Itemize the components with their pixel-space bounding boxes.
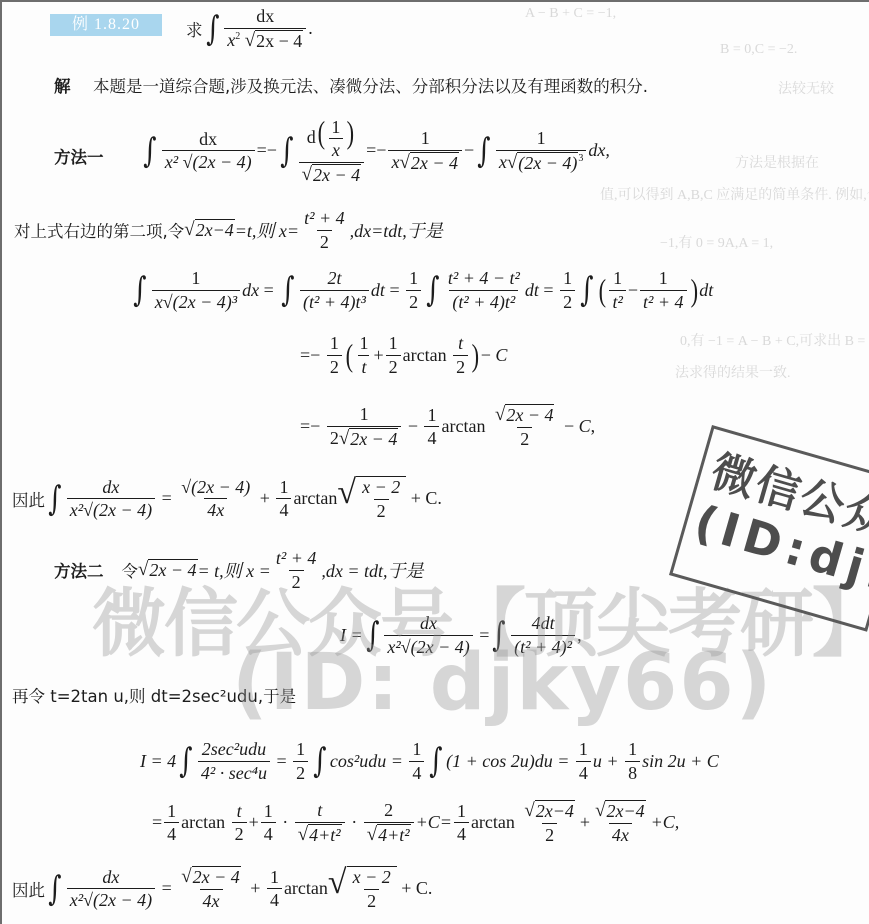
term: cos²udu = — [330, 751, 403, 772]
var-x: x — [499, 152, 507, 172]
solution-label: 解 — [54, 77, 71, 96]
text: 令 — [122, 558, 139, 582]
fraction: 1t² + 4 — [640, 268, 687, 312]
denominator: 2 — [289, 570, 304, 593]
integral-sign-icon: ∫ — [48, 872, 61, 906]
method2-result: 因此 ∫ dxx²√(2x − 4) = √2x − 44x + 14 arct… — [12, 866, 432, 911]
result-prefix: 因此 — [12, 877, 45, 901]
text: =t,则 x= — [235, 217, 299, 243]
numerator: t² + 4 − t² — [445, 268, 523, 290]
method1-result: 因此 ∫ dxx²√(2x − 4) = √(2x − 4)4x + 14 ar… — [12, 476, 442, 521]
bleed-through-text: A − B + C = −1, — [525, 6, 616, 22]
term: u + — [593, 751, 619, 772]
denominator: x²√(2x − 4) — [67, 888, 155, 911]
method2-eq2: I = 4 ∫ 2sec²udu4² · sec⁴u = 12 ∫ cos²ud… — [140, 739, 719, 783]
fraction: d(1x) √2x − 4 — [299, 116, 365, 186]
function-name: arctan — [471, 812, 515, 833]
denominator: 2 — [293, 761, 308, 784]
denominator: (t² + 4)t³ — [300, 290, 369, 313]
integral-sign-icon: ∫ — [179, 744, 192, 778]
denominator: 4 — [576, 761, 591, 784]
numerator: 1 — [610, 268, 625, 290]
sqrt: √x − 22 — [337, 476, 406, 521]
operator: = — [152, 812, 162, 833]
sqrt: √2x − 4 — [245, 30, 304, 52]
exponent: 3 — [578, 153, 583, 164]
fraction: dxx² √(2x − 4) — [162, 129, 255, 173]
denominator: x²√(2x − 4) — [384, 635, 472, 658]
exponent: 2 — [235, 31, 240, 42]
constant: + C. — [411, 488, 442, 509]
radicand: 2x−4 — [605, 800, 645, 822]
fraction: t² + 4 − t²(t² + 4)t² — [445, 268, 523, 312]
numerator: 1 — [656, 268, 671, 290]
integral-sign-icon: ∫ — [430, 744, 443, 778]
text: ,dx=tdt,于是 — [350, 217, 443, 243]
denominator: x²√(2x − 4) — [67, 498, 155, 521]
numerator: 1 — [418, 128, 433, 150]
fraction: 12 — [406, 268, 421, 312]
integral-sign-icon: ∫ — [366, 618, 379, 652]
radicand: 2x − 4 — [410, 152, 459, 174]
fraction: 12 — [560, 268, 575, 312]
radicand: 2x − 4 — [148, 559, 197, 581]
document-page: A − B + C = −1, B = 0,C = −2. 法较无较 方法是根据… — [0, 0, 869, 924]
numerator: 1 — [164, 801, 179, 823]
numerator: x − 2 — [359, 477, 403, 499]
denominator: 2 — [317, 230, 332, 253]
bleed-through-text: B = 0,C = −2. — [720, 42, 797, 58]
method2-eq3: = 14 arctan t2 + 14 · t√4+t² · 2√4+t² +C… — [152, 800, 679, 845]
denominator: 4 — [454, 822, 469, 845]
method2-substitution-line: 方法二 令 √2x − 4 = t,则 x = t² + 42 ,dx = td… — [54, 548, 424, 592]
differential: dt — [371, 280, 385, 301]
function-name: arctan — [284, 878, 328, 899]
denominator: 4x — [204, 498, 227, 521]
numerator: d(1x) — [304, 116, 359, 162]
numerator: 2 — [381, 800, 396, 822]
integral-sign-icon: ∫ — [580, 273, 593, 307]
denominator: 2 — [406, 290, 421, 313]
numerator: 1 — [409, 739, 424, 761]
bleed-through-text: 0,有 −1 = A − B + C,可求出 B = 0 — [680, 330, 869, 350]
bleed-through-text: 值,可以得到 A,B,C 应满足的简单条件. 例如,令 — [600, 184, 869, 204]
method1-label: 方法一 — [54, 144, 104, 168]
numerator: t² + 4 — [301, 208, 348, 230]
constant: + C. — [401, 878, 432, 899]
bleed-through-text: 法较无较 — [778, 78, 834, 98]
method2-second-substitution: 再令 t=2tan u,则 dt=2sec²udu,于是 — [12, 683, 296, 707]
denominator: 2 — [364, 889, 379, 912]
numerator: 2sec²udu — [199, 739, 269, 761]
numerator: 1 — [560, 268, 575, 290]
method1-eq3: =− 12 ( 1t + 12 arctan t2 ) − C — [300, 333, 507, 377]
numerator: 1 — [625, 739, 640, 761]
stamp: 微信公众号 (ID:djk — [669, 425, 869, 632]
period: . — [308, 18, 313, 39]
denominator: 4x — [609, 823, 632, 846]
numerator: 4dt — [529, 613, 558, 635]
operator: = — [479, 625, 489, 646]
differential: dx — [242, 280, 259, 301]
numerator: t — [314, 800, 325, 822]
operator: + — [249, 812, 259, 833]
fraction: 1x√(2x − 4)³ — [152, 268, 240, 312]
example-number-badge: 例 1.8.20 — [50, 14, 162, 36]
denominator: 4 — [164, 822, 179, 845]
operator: =− — [366, 140, 386, 161]
radicand: 4+t² — [308, 824, 342, 846]
term: sin 2u + C — [642, 751, 719, 772]
operator: + — [250, 878, 260, 899]
text: = t,则 x = — [198, 557, 271, 583]
radicand: 2x−4 — [195, 219, 235, 241]
fraction: t² + 42 — [301, 208, 348, 252]
problem-statement: 求 ∫ dx x2 √2x − 4 . — [186, 6, 313, 51]
term: +C, — [651, 812, 680, 833]
integral-sign-icon: ∫ — [143, 134, 156, 168]
numerator: 2t — [324, 268, 344, 290]
numerator: t — [234, 801, 245, 823]
numerator: 1 — [576, 739, 591, 761]
integral-sign-icon: ∫ — [493, 618, 506, 652]
numerator: 1 — [328, 117, 343, 139]
radicand: 2x − 4 — [192, 866, 241, 888]
fraction: 1x√2x − 4 — [388, 128, 462, 173]
integral-sign-icon: ∫ — [477, 134, 490, 168]
lhs: I = 4 — [140, 751, 176, 772]
operator: + — [580, 812, 590, 833]
lhs: I = — [340, 625, 363, 646]
method1-eq1: ∫ dxx² √(2x − 4) =− ∫ d(1x) √2x − 4 =− 1… — [140, 116, 610, 186]
scan-edge-left — [0, 0, 2, 924]
numerator: 1 — [261, 801, 276, 823]
numerator: 1 — [534, 128, 549, 150]
method2-eq1: I = ∫ dxx²√(2x − 4) = ∫ 4dt(t² + 4)² , — [340, 613, 582, 657]
comma: , — [577, 625, 582, 646]
operator: = — [277, 751, 287, 772]
numerator: 1 — [188, 268, 203, 290]
numerator: 1 — [276, 477, 291, 499]
function-name: arctan — [181, 812, 225, 833]
radicand: 2x−4 — [535, 800, 575, 822]
numerator: dx — [99, 477, 122, 499]
denominator: 4 — [267, 888, 282, 911]
numerator: 1 — [293, 739, 308, 761]
integral-sign-icon: ∫ — [281, 273, 294, 307]
denominator: 4 — [261, 822, 276, 845]
numerator: dx — [417, 613, 440, 635]
radicand: 4+t² — [377, 824, 411, 846]
denominator: x2 √2x − 4 — [224, 28, 306, 52]
bleed-through-text: 方法是根据在 — [735, 152, 819, 172]
sqrt: √x − 22 — [328, 866, 397, 911]
denominator: x√2x − 4 — [388, 150, 462, 174]
integral-sign-icon: ∫ — [313, 744, 326, 778]
denominator: (t² + 4)t² — [449, 290, 518, 313]
denominator: x√(2x − 4)3 — [496, 150, 587, 174]
differential: dx, — [588, 140, 610, 161]
integral-sign-icon: ∫ — [133, 273, 146, 307]
numerator: dx — [196, 129, 220, 151]
radicand: (2x − 4) — [517, 152, 578, 174]
solution-line: 解 本题是一道综合题,涉及换元法、凑微分法、分部积分法以及有理函数的积分. — [54, 73, 648, 97]
fraction: 1x√(2x − 4)3 — [496, 128, 587, 173]
numerator: √(2x − 4) — [178, 477, 253, 499]
problem-integrand: dx x2 √2x − 4 — [224, 6, 306, 51]
method1-eq4: =− 12√2x − 4 − 14 arctan √2x − 42 − C, — [300, 404, 595, 449]
text: 对上式右边的第二项,令 — [14, 218, 184, 242]
bleed-through-text: −1,有 0 = 9A,A = 1, — [660, 232, 773, 252]
operator: + — [260, 488, 270, 509]
denominator: 4² · sec⁴u — [198, 761, 270, 784]
sqrt: √2x − 4 — [138, 559, 198, 581]
radicand: 2x − 4 — [255, 30, 303, 52]
denominator: 2 — [374, 499, 389, 522]
denominator: (t² + 4)² — [511, 635, 575, 658]
problem-prefix: 求 — [186, 17, 203, 41]
denominator: x — [329, 138, 343, 161]
differential: dt — [699, 280, 713, 301]
denominator: 4 — [276, 498, 291, 521]
term: +C= — [416, 812, 452, 833]
method1-eq2: ∫ 1x√(2x − 4)³ dx = ∫ 2t(t² + 4)t³ dt = … — [130, 268, 713, 312]
integral-sign-icon: ∫ — [48, 482, 61, 516]
denominator: t² + 4 — [640, 290, 687, 313]
denominator: x√(2x − 4)³ — [152, 290, 240, 313]
bleed-through-text: 法求得的结果一致. — [675, 362, 791, 382]
var-x: x — [391, 152, 399, 172]
denominator: 4x — [200, 889, 223, 912]
text: ,dx = tdt,于是 — [321, 557, 423, 583]
numerator: dx — [253, 6, 277, 28]
integral-sign-icon: ∫ — [426, 273, 439, 307]
solution-text: 本题是一道综合题,涉及换元法、凑微分法、分部积分法以及有理函数的积分. — [93, 77, 648, 96]
differential: dt — [525, 280, 539, 301]
radicand: 2x − 4 — [312, 164, 361, 186]
numerator: 1 — [454, 801, 469, 823]
fraction: 1t² — [609, 268, 625, 312]
fraction: 2t(t² + 4)t³ — [300, 268, 369, 312]
denominator: √2x − 4 — [299, 162, 365, 186]
numerator: t² + 4 — [273, 548, 320, 570]
denominator: 2 — [542, 823, 557, 846]
method2-label: 方法二 — [54, 558, 104, 582]
operator: − — [464, 140, 474, 161]
numerator: dx — [99, 867, 122, 889]
numerator: x − 2 — [350, 867, 394, 889]
denominator: t² — [609, 290, 625, 313]
denominator: 2 — [232, 822, 247, 845]
term: (1 + cos 2u)du = — [446, 751, 569, 772]
numerator: 1 — [406, 268, 421, 290]
denominator: 2 — [560, 290, 575, 313]
denominator: 8 — [625, 761, 640, 784]
method1-substitution-line: 对上式右边的第二项,令 √2x−4 =t,则 x= t² + 42 ,dx=td… — [14, 208, 443, 252]
integral-sign-icon: ∫ — [206, 12, 219, 46]
sqrt: √2x−4 — [184, 219, 235, 241]
result-prefix: 因此 — [12, 487, 45, 511]
integral-sign-icon: ∫ — [280, 134, 293, 168]
denominator: x² √(2x − 4) — [162, 150, 255, 173]
operator: =− — [257, 140, 277, 161]
scan-edge-top — [0, 0, 869, 2]
denominator: 4 — [409, 761, 424, 784]
numerator: 1 — [267, 867, 282, 889]
function-name: arctan — [293, 488, 337, 509]
